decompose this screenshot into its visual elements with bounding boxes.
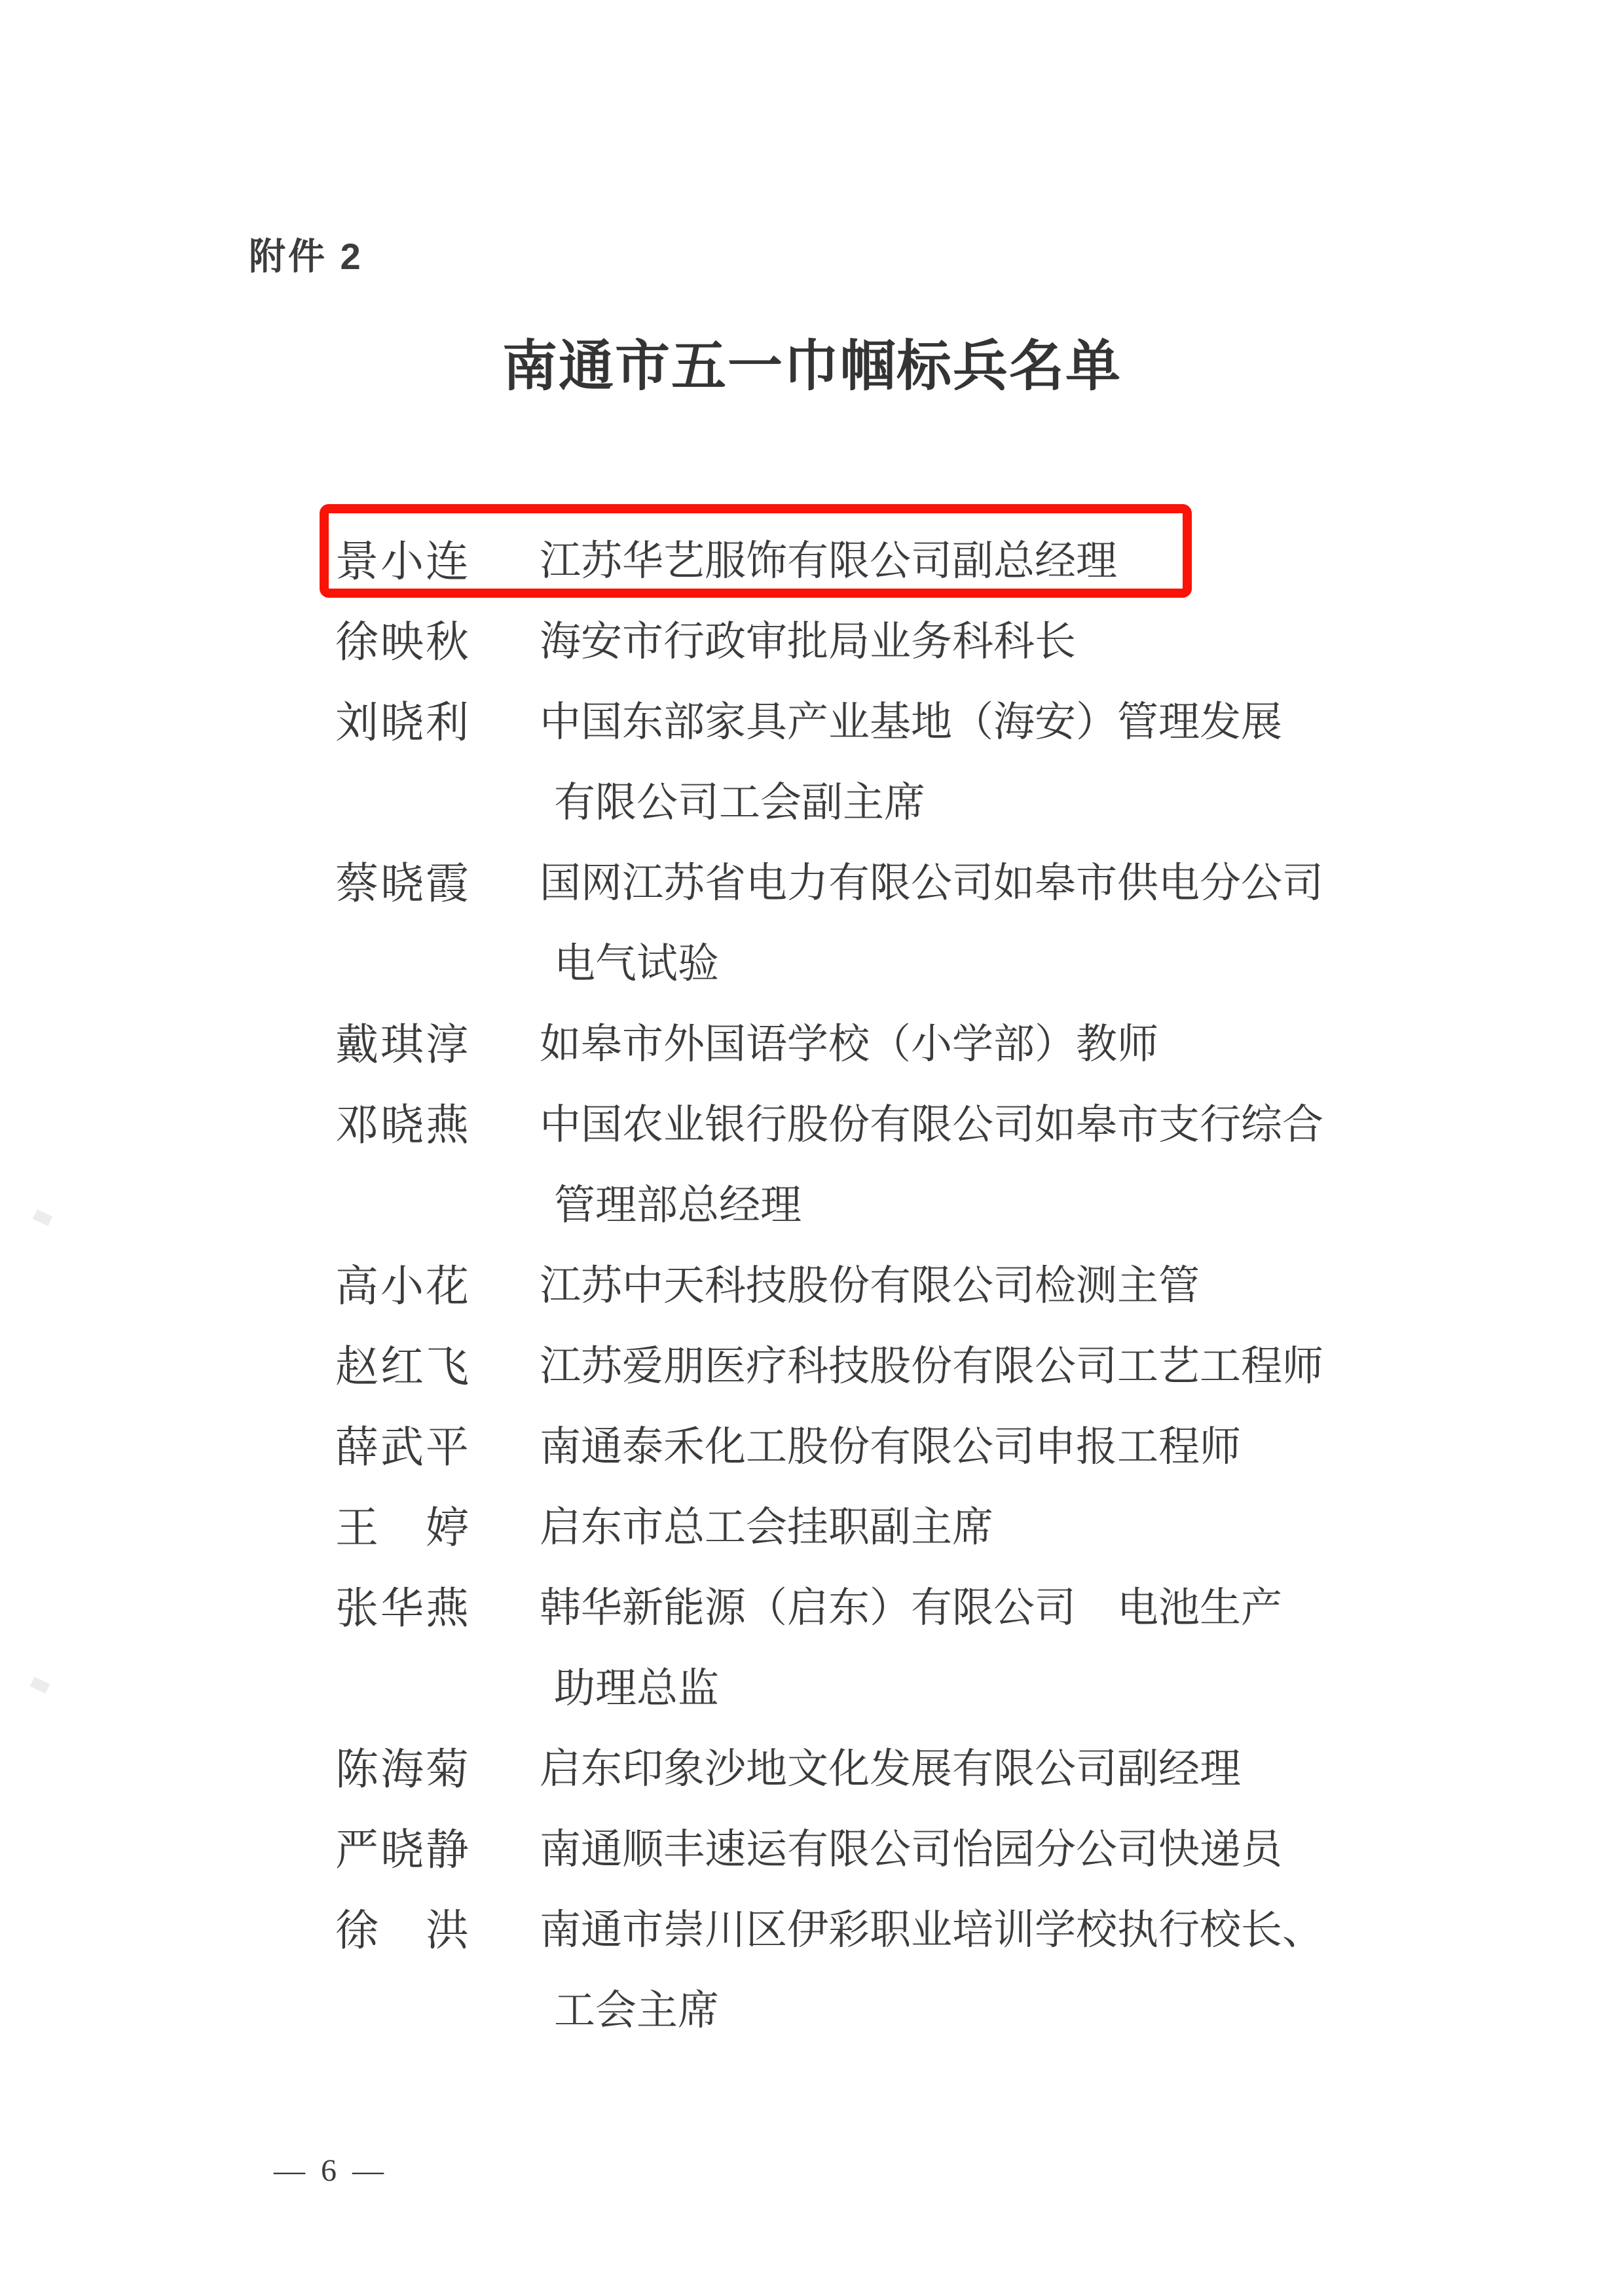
awardee-position: 韩华新能源（启东）有限公司 电池生产 xyxy=(540,1575,1282,1634)
awardee-name: 蔡晓霞 xyxy=(335,848,540,911)
list-row-continuation: 有限公司工会副主席 xyxy=(335,759,1416,839)
list-row: 邓晓燕中国农业银行股份有限公司如皋市支行综合 xyxy=(335,1081,1416,1161)
awardee-name: 严晓静 xyxy=(335,1815,540,1877)
awardee-name: 高小花 xyxy=(335,1251,540,1313)
awardee-position: 启东印象沙地文化发展有限公司副经理 xyxy=(540,1736,1241,1795)
awardee-position: 海安市行政审批局业务科科长 xyxy=(540,608,1076,668)
awardee-name: 赵红飞 xyxy=(335,1332,540,1394)
awardee-name: 徐映秋 xyxy=(335,607,540,669)
list-row: 陈海菊启东印象沙地文化发展有限公司副经理 xyxy=(335,1725,1416,1806)
awardee-name: 张华燕 xyxy=(335,1573,540,1635)
list-row: 高小花江苏中天科技股份有限公司检测主管 xyxy=(335,1242,1416,1322)
scan-artifact xyxy=(33,1209,52,1226)
page-number: — 6 — xyxy=(274,2153,388,2189)
awardee-list: 景小连江苏华艺服饰有限公司副总经理徐映秋海安市行政审批局业务科科长刘晓利中国东部… xyxy=(335,517,1416,2047)
list-row: 张华燕韩华新能源（启东）有限公司 电池生产 xyxy=(335,1564,1416,1645)
list-row: 景小连江苏华艺服饰有限公司副总经理 xyxy=(335,517,1416,598)
awardee-name: 刘晓利 xyxy=(335,687,540,750)
list-row: 徐映秋海安市行政审批局业务科科长 xyxy=(335,598,1416,678)
awardee-name: 景小连 xyxy=(335,526,540,589)
list-row: 徐 洪南通市崇川区伊彩职业培训学校执行校长、 xyxy=(335,1886,1416,1967)
awardee-position: 南通泰禾化工股份有限公司申报工程师 xyxy=(540,1413,1241,1473)
list-row-continuation: 管理部总经理 xyxy=(335,1161,1416,1242)
list-row-continuation: 电气试验 xyxy=(335,920,1416,1000)
awardee-position: 江苏华艺服饰有限公司副总经理 xyxy=(540,528,1117,587)
list-row: 戴琪淳如皋市外国语学校（小学部）教师 xyxy=(335,1000,1416,1081)
awardee-name: 陈海菊 xyxy=(335,1734,540,1796)
list-row: 严晓静南通顺丰速运有限公司怡园分公司快递员 xyxy=(335,1806,1416,1886)
scan-artifact xyxy=(30,1677,50,1693)
awardee-position: 启东市总工会挂职副主席 xyxy=(540,1494,993,1554)
list-row: 蔡晓霞国网江苏省电力有限公司如皋市供电分公司 xyxy=(335,839,1416,920)
list-row: 王 婷启东市总工会挂职副主席 xyxy=(335,1484,1416,1564)
awardee-position: 电气试验 xyxy=(540,930,719,990)
awardee-position: 中国农业银行股份有限公司如皋市支行综合 xyxy=(540,1091,1323,1151)
awardee-position: 管理部总经理 xyxy=(540,1172,802,1231)
attachment-label: 附件 2 xyxy=(249,228,363,280)
list-row: 薛武平南通泰禾化工股份有限公司申报工程师 xyxy=(335,1403,1416,1484)
awardee-position: 助理总监 xyxy=(540,1655,719,1715)
awardee-position: 中国东部家具产业基地（海安）管理发展 xyxy=(540,689,1282,748)
awardee-position: 如皋市外国语学校（小学部）教师 xyxy=(540,1011,1158,1070)
awardee-name: 王 婷 xyxy=(335,1493,540,1555)
awardee-position: 国网江苏省电力有限公司如皋市供电分公司 xyxy=(540,850,1323,909)
awardee-position: 有限公司工会副主席 xyxy=(540,769,925,829)
awardee-name: 戴琪淳 xyxy=(335,1010,540,1072)
awardee-position: 南通市崇川区伊彩职业培训学校执行校长、 xyxy=(540,1897,1323,1956)
list-row: 赵红飞江苏爱朋医疗科技股份有限公司工艺工程师 xyxy=(335,1322,1416,1403)
awardee-position: 南通顺丰速运有限公司怡园分公司快递员 xyxy=(540,1816,1282,1876)
awardee-name: 薛武平 xyxy=(335,1412,540,1474)
list-row-continuation: 工会主席 xyxy=(335,1967,1416,2047)
list-row-continuation: 助理总监 xyxy=(335,1645,1416,1725)
awardee-name: 徐 洪 xyxy=(335,1895,540,1958)
awardee-position: 工会主席 xyxy=(540,1977,719,2037)
awardee-position: 江苏爱朋医疗科技股份有限公司工艺工程师 xyxy=(540,1333,1323,1393)
page-title: 南通市五一巾帼标兵名单 xyxy=(0,322,1624,401)
awardee-position: 江苏中天科技股份有限公司检测主管 xyxy=(540,1252,1200,1312)
awardee-name: 邓晓燕 xyxy=(335,1090,540,1152)
list-row: 刘晓利中国东部家具产业基地（海安）管理发展 xyxy=(335,678,1416,759)
